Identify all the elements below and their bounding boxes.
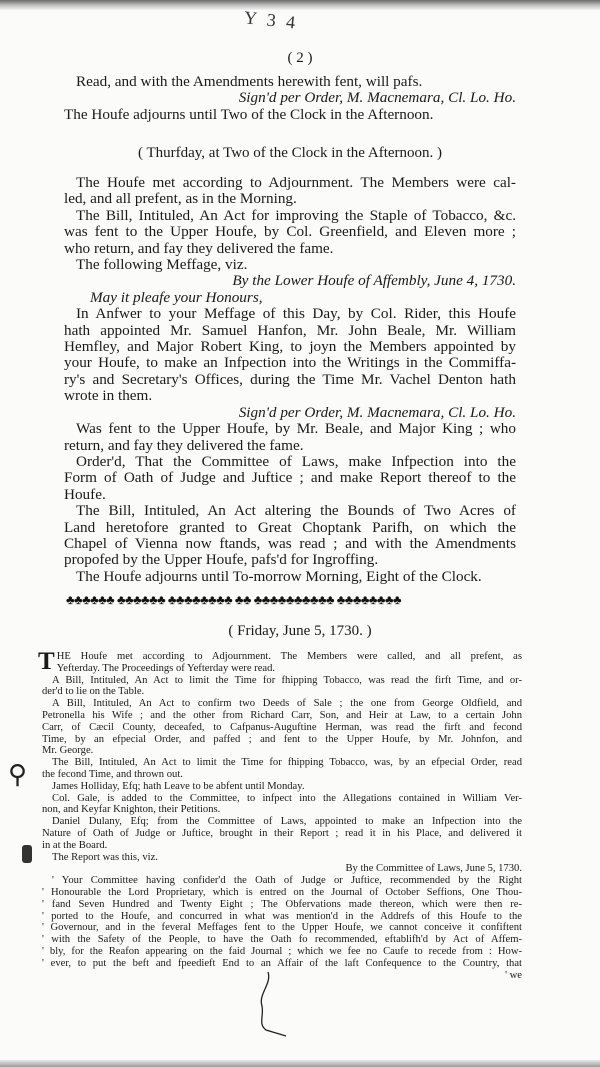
text-line: Nature of Oath of Judge or Juftice, brou… — [42, 828, 522, 840]
text-line: Yefterday. The Proceedings of Yefterday … — [42, 663, 522, 675]
text-line: The following Meffage, viz. — [64, 257, 516, 273]
text-line: was fent to the Upper Houfe, by Col. Gre… — [64, 224, 516, 240]
ornamental-divider: ♣♣♣♣♣♣ ♣♣♣♣♣♣ ♣♣♣♣♣♣♣♣ ♣♣ ♣♣♣♣♣♣♣♣♣♣ ♣♣♣… — [66, 592, 516, 606]
marginal-ink-blot — [22, 845, 32, 863]
text-line: By the Committee of Laws, June 5, 1730. — [42, 863, 522, 875]
text-line: James Holliday, Efq; hath Leave to be ab… — [42, 781, 522, 793]
text-line: non, and Keyfar Knighton, their Petition… — [42, 804, 522, 816]
thursday-proceedings: The Houfe met according to Adjournment. … — [64, 175, 516, 585]
text-line: ' ported to the Houfe, and concurred in … — [42, 911, 522, 923]
scan-edge-top — [0, 0, 600, 10]
text-line: HE Houfe met according to Adjournment. T… — [42, 651, 522, 663]
text-line: Col. Gale, is added to the Committee, to… — [42, 793, 522, 805]
ink-stamp: Y 3 4 — [243, 7, 299, 34]
text-line: The Houfe met according to Adjournment. … — [64, 175, 516, 191]
text-line: ' fand Seven Hundred and Twenty Eight ; … — [42, 899, 522, 911]
scan-edge-bottom — [0, 1060, 600, 1067]
upper-section: Read, and with the Amendments herewith f… — [64, 74, 516, 123]
text-line: The Houfe adjourns until Two of the Cloc… — [64, 107, 516, 123]
text-line: return, and fay they delivered the fame. — [64, 438, 516, 454]
text-line: ' Your Committee having confider'd the O… — [42, 875, 522, 887]
text-line: The Bill, Intituled, An Act for improvin… — [64, 208, 516, 224]
text-line: Carr, of Cæcil County, deceafed, to Cafp… — [42, 722, 522, 734]
thursday-heading: ( Thurfday, at Two of the Clock in the A… — [64, 145, 516, 161]
text-line: A Bill, Intituled, An Act to confirm two… — [42, 698, 522, 710]
text-line: Mr. George. — [42, 745, 522, 757]
text-line: led, and all prefent, as in the Morning. — [64, 191, 516, 207]
text-line: who return, and fay they delivered the f… — [64, 241, 516, 257]
message-line: Hemfley, and Major Robert King, to joyn … — [64, 339, 516, 355]
text-line: The Bill, Intituled, An Act altering the… — [64, 503, 516, 519]
signature-line: Sign'd per Order, M. Macnemara, Cl. Lo. … — [64, 90, 516, 106]
text-line: The Houfe adjourns until To-morrow Morni… — [64, 569, 516, 585]
text-line: Time, by an efpecial Order, and paffed ;… — [42, 734, 522, 746]
text-line: ' ever, to put the beft and fpeedieft En… — [42, 958, 522, 970]
text-line: ' Governour, and in the feveral Meffages… — [42, 922, 522, 934]
text-line: the fecond Time, and thrown out. — [42, 769, 522, 781]
text-line: ' with the Safety of the People, to have… — [42, 934, 522, 946]
text-line: A Bill, Intituled, An Act to limit the T… — [42, 675, 522, 687]
text-line: Land heretofore granted to Great Choptan… — [64, 520, 516, 536]
text-line: Was fent to the Upper Houfe, by Mr. Beal… — [64, 421, 516, 437]
text-line: ' Honourable the Lord Proprietary, which… — [42, 887, 522, 899]
message-salutation: May it pleafe your Honours, — [64, 290, 516, 306]
text-line: Petronella his Wife ; and the other from… — [42, 710, 522, 722]
drop-cap: T — [38, 651, 55, 673]
thursday-heading-wrap: ( Thurfday, at Two of the Clock in the A… — [64, 145, 516, 161]
page-number: ( 2 ) — [0, 50, 600, 67]
text-line: Chapel of Vienna now ftands, was read ; … — [64, 536, 516, 552]
friday-heading: ( Friday, June 5, 1730. ) — [0, 623, 600, 640]
message-dateline: By the Lower Houfe of Affembly, June 4, … — [64, 273, 516, 289]
message-line: ry's and Secretary's Offices, during the… — [64, 372, 516, 388]
text-line: propofed by the Upper Houfe, pafs'd for … — [64, 552, 516, 568]
text-line: Read, and with the Amendments herewith f… — [64, 74, 516, 90]
signature-line: Sign'd per Order, M. Macnemara, Cl. Lo. … — [64, 405, 516, 421]
text-line: Houfe. — [64, 487, 516, 503]
text-line: in at the Board. — [42, 840, 522, 852]
friday-proceedings: T HE Houfe met according to Adjournment.… — [42, 651, 522, 981]
message-line: your Houfe, to make an Infpection into t… — [64, 355, 516, 371]
text-line: The Bill, Intituled, An Act to limit the… — [42, 757, 522, 769]
marginal-ink-mark: ⚲ — [8, 760, 27, 790]
message-line: wrote in them. — [64, 388, 516, 404]
text-line: Order'd, That the Committee of Laws, mak… — [64, 454, 516, 470]
message-line: In Anfwer to your Meffage of this Day, b… — [64, 306, 516, 322]
text-line: Daniel Dulany, Efq; from the Committee o… — [42, 816, 522, 828]
ink-flourish — [250, 970, 310, 1040]
text-line: Form of Oath of Judge and Juftice ; and … — [64, 470, 516, 486]
text-line: der'd to lie on the Table. — [42, 686, 522, 698]
message-line: hath appointed Mr. Samuel Hanfon, Mr. Jo… — [64, 323, 516, 339]
text-line: ' bly, for the Reafon appearing on the f… — [42, 946, 522, 958]
text-line: The Report was this, viz. — [42, 852, 522, 864]
